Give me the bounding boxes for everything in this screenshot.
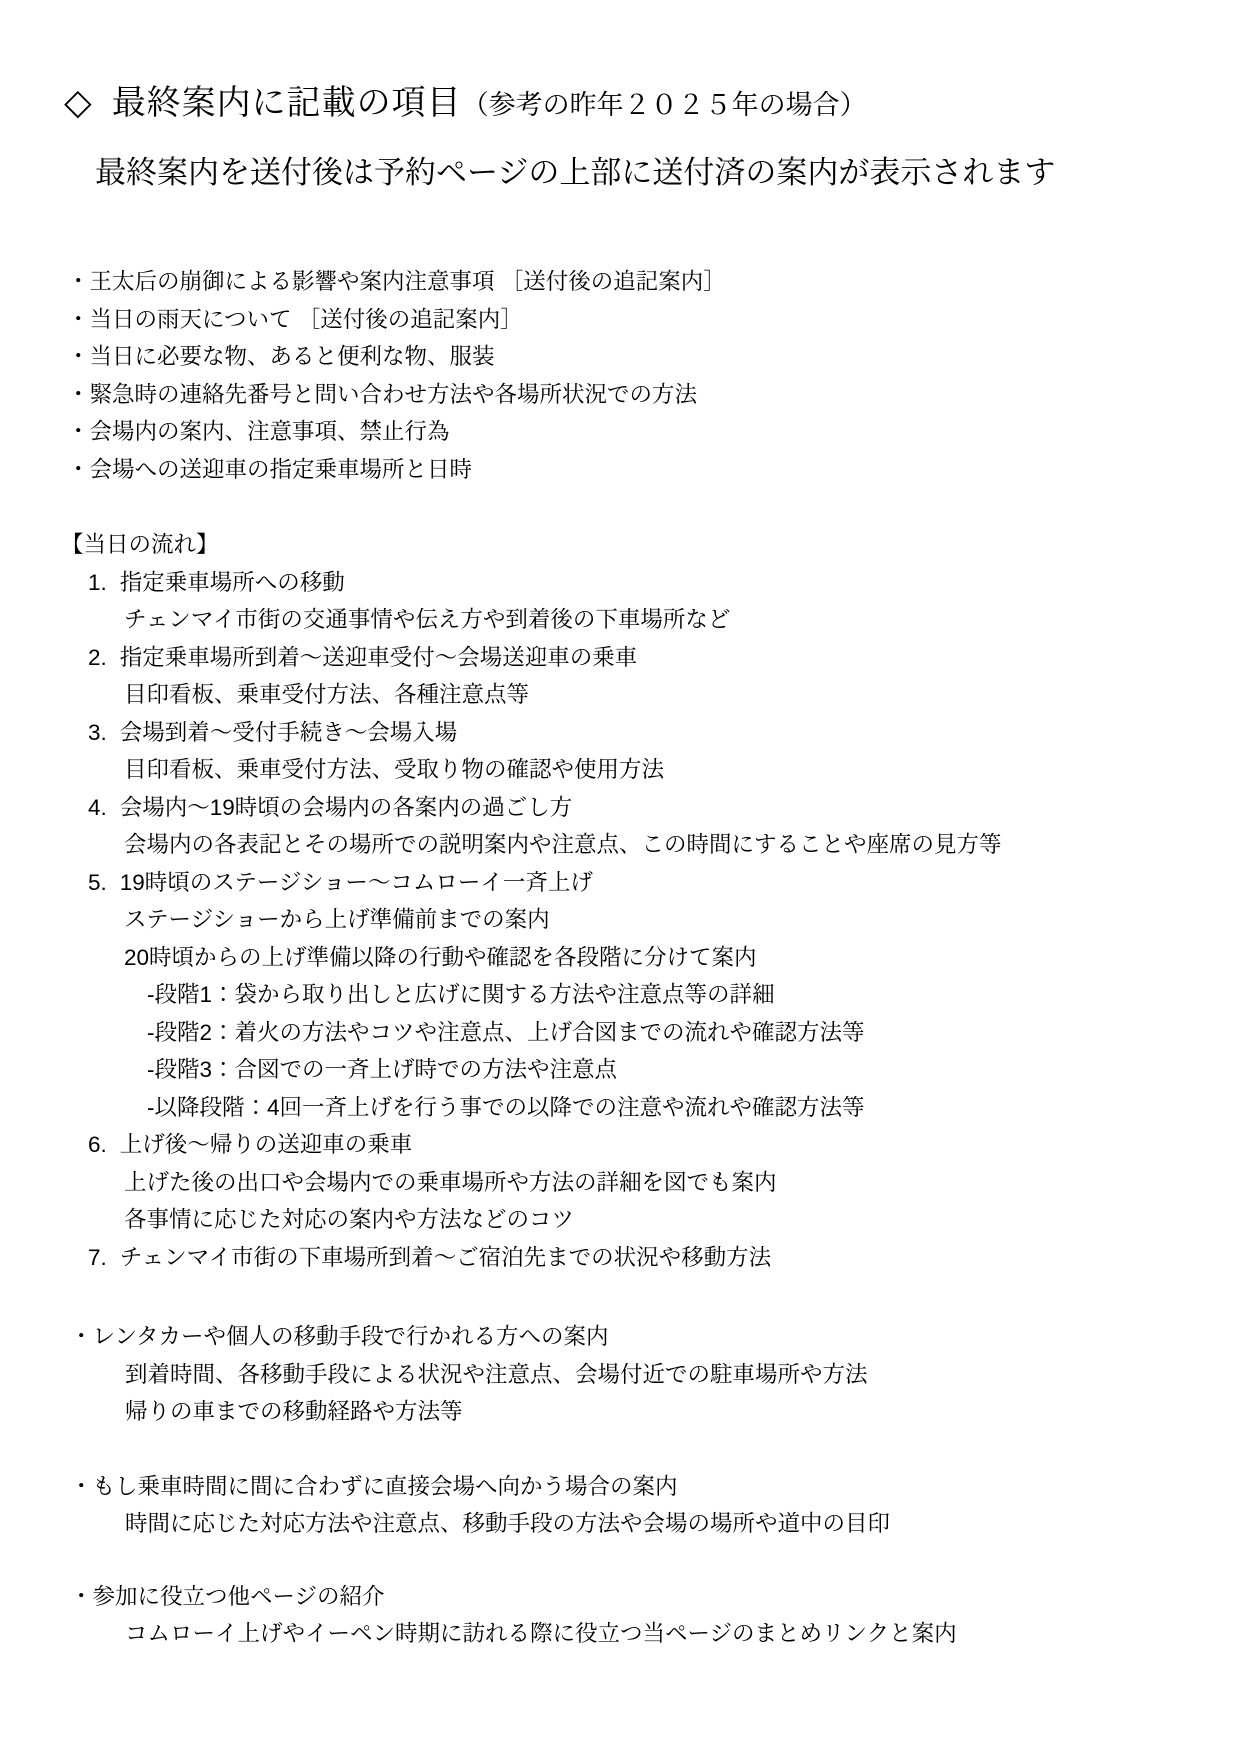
step-label: 会場内～19時頃の会場内の各案内の過ごし方 bbox=[120, 795, 573, 820]
note-rental-car: ・レンタカーや個人の移動手段で行かれる方への案内 到着時間、各移動手段による状況… bbox=[70, 1318, 1241, 1431]
step-title: 4.会場内～19時頃の会場内の各案内の過ごし方 bbox=[88, 789, 1241, 827]
step-title: 7.チェンマイ市街の下車場所到着～ご宿泊先までの状況や移動方法 bbox=[88, 1239, 1241, 1277]
step-label: 上げ後～帰りの送迎車の乗車 bbox=[120, 1132, 413, 1157]
list-item: ・会場内の案内、注意事項、禁止行為 bbox=[67, 413, 1241, 451]
step-number: 2. bbox=[88, 639, 107, 677]
list-item: ・当日の雨天について ［送付後の追記案内］ bbox=[67, 301, 1241, 339]
flow-section-heading: 【当日の流れ】 bbox=[61, 526, 1241, 564]
flow-step-4: 4.会場内～19時頃の会場内の各案内の過ごし方 会場内の各表記とその場所での説明… bbox=[88, 789, 1241, 864]
step-label: チェンマイ市街の下車場所到着～ご宿泊先までの状況や移動方法 bbox=[120, 1245, 771, 1270]
page-subtitle: 最終案内を送付後は予約ページの上部に送付済の案内が表示されます bbox=[95, 153, 1241, 193]
step-title: 1.指定乗車場所への移動 bbox=[88, 564, 1241, 602]
note-heading: ・もし乗車時間に間に合わずに直接会場へ向かう場合の案内 bbox=[70, 1468, 1241, 1506]
note-detail: 到着時間、各移動手段による状況や注意点、会場付近での駐車場所や方法 bbox=[70, 1356, 1241, 1394]
step-label: 会場到着～受付手続き～会場入場 bbox=[120, 720, 458, 745]
step-number: 5. bbox=[88, 864, 107, 902]
step-title: 3.会場到着～受付手続き～会場入場 bbox=[88, 714, 1241, 752]
page-title-note: （参考の昨年２０２５年の場合） bbox=[462, 90, 867, 120]
page-title: 最終案内に記載の項目 bbox=[112, 84, 462, 122]
step-detail: 上げた後の出口や会場内での乗車場所や方法の詳細を図でも案内 bbox=[88, 1164, 1241, 1202]
step-number: 3. bbox=[88, 714, 107, 752]
note-heading: ・参加に役立つ他ページの紹介 bbox=[70, 1578, 1241, 1616]
step-title: 2.指定乗車場所到着～送迎車受付～会場送迎車の乗車 bbox=[88, 639, 1241, 677]
note-detail: 時間に応じた対応方法や注意点、移動手段の方法や会場の場所や道中の目印 bbox=[70, 1505, 1241, 1543]
flow-step-1: 1.指定乗車場所への移動 チェンマイ市街の交通事情や伝え方や到着後の下車場所など bbox=[88, 564, 1241, 639]
step-detail: ステージショーから上げ準備前までの案内 bbox=[88, 901, 1241, 939]
step-label: 指定乗車場所への移動 bbox=[120, 570, 345, 595]
step-title: 5.19時頃のステージショー～コムローイ一斉上げ bbox=[88, 864, 1241, 902]
step-number: 6. bbox=[88, 1126, 107, 1164]
flow-step-5: 5.19時頃のステージショー～コムローイ一斉上げ ステージショーから上げ準備前ま… bbox=[88, 864, 1241, 1127]
document-title-row: ◇最終案内に記載の項目（参考の昨年２０２５年の場合） bbox=[64, 80, 1241, 127]
step-title: 6.上げ後～帰りの送迎車の乗車 bbox=[88, 1126, 1241, 1164]
flow-step-7: 7.チェンマイ市街の下車場所到着～ご宿泊先までの状況や移動方法 bbox=[88, 1239, 1241, 1277]
list-item: ・会場への送迎車の指定乗車場所と日時 bbox=[67, 451, 1241, 489]
stage-detail: -段階2：着火の方法やコツや注意点、上げ合図までの流れや確認方法等 bbox=[88, 1014, 1241, 1052]
step-number: 4. bbox=[88, 789, 107, 827]
document-page: ◇最終案内に記載の項目（参考の昨年２０２５年の場合） 最終案内を送付後は予約ペー… bbox=[0, 0, 1241, 1755]
note-heading: ・レンタカーや個人の移動手段で行かれる方への案内 bbox=[70, 1318, 1241, 1356]
step-label: 19時頃のステージショー～コムローイ一斉上げ bbox=[120, 870, 593, 895]
step-number: 1. bbox=[88, 564, 107, 602]
step-number: 7. bbox=[88, 1239, 107, 1277]
note-late-arrival: ・もし乗車時間に間に合わずに直接会場へ向かう場合の案内 時間に応じた対応方法や注… bbox=[70, 1468, 1241, 1543]
flow-step-2: 2.指定乗車場所到着～送迎車受付～会場送迎車の乗車 目印看板、乗車受付方法、各種… bbox=[88, 639, 1241, 714]
stage-detail: -以降段階：4回一斉上げを行う事での以降での注意や流れや確認方法等 bbox=[88, 1089, 1241, 1127]
step-detail: 各事情に応じた対応の案内や方法などのコツ bbox=[88, 1201, 1241, 1239]
list-item: ・緊急時の連絡先番号と問い合わせ方法や各場所状況での方法 bbox=[67, 376, 1241, 414]
diamond-icon: ◇ bbox=[64, 81, 92, 122]
step-detail: 目印看板、乗車受付方法、各種注意点等 bbox=[88, 676, 1241, 714]
note-detail: コムローイ上げやイーペン時期に訪れる際に役立つ当ページのまとめリンクと案内 bbox=[70, 1615, 1241, 1653]
included-items-list: ・王太后の崩御による影響や案内注意事項 ［送付後の追記案内］ ・当日の雨天につい… bbox=[67, 263, 1241, 488]
step-detail: 会場内の各表記とその場所での説明案内や注意点、この時間にすることや座席の見方等 bbox=[88, 826, 1241, 864]
step-detail: チェンマイ市街の交通事情や伝え方や到着後の下車場所など bbox=[88, 601, 1241, 639]
step-label: 指定乗車場所到着～送迎車受付～会場送迎車の乗車 bbox=[120, 645, 638, 670]
list-item: ・当日に必要な物、あると便利な物、服装 bbox=[67, 338, 1241, 376]
note-other-pages: ・参加に役立つ他ページの紹介 コムローイ上げやイーペン時期に訪れる際に役立つ当ペ… bbox=[70, 1578, 1241, 1653]
stage-detail: -段階3：合図での一斉上げ時での方法や注意点 bbox=[88, 1051, 1241, 1089]
step-detail: 20時頃からの上げ準備以降の行動や確認を各段階に分けて案内 bbox=[88, 939, 1241, 977]
stage-detail: -段階1：袋から取り出しと広げに関する方法や注意点等の詳細 bbox=[88, 976, 1241, 1014]
flow-steps-list: 1.指定乗車場所への移動 チェンマイ市街の交通事情や伝え方や到着後の下車場所など… bbox=[88, 564, 1241, 1277]
step-detail: 目印看板、乗車受付方法、受取り物の確認や使用方法 bbox=[88, 751, 1241, 789]
flow-step-6: 6.上げ後～帰りの送迎車の乗車 上げた後の出口や会場内での乗車場所や方法の詳細を… bbox=[88, 1126, 1241, 1239]
flow-step-3: 3.会場到着～受付手続き～会場入場 目印看板、乗車受付方法、受取り物の確認や使用… bbox=[88, 714, 1241, 789]
list-item: ・王太后の崩御による影響や案内注意事項 ［送付後の追記案内］ bbox=[67, 263, 1241, 301]
note-detail: 帰りの車までの移動経路や方法等 bbox=[70, 1393, 1241, 1431]
